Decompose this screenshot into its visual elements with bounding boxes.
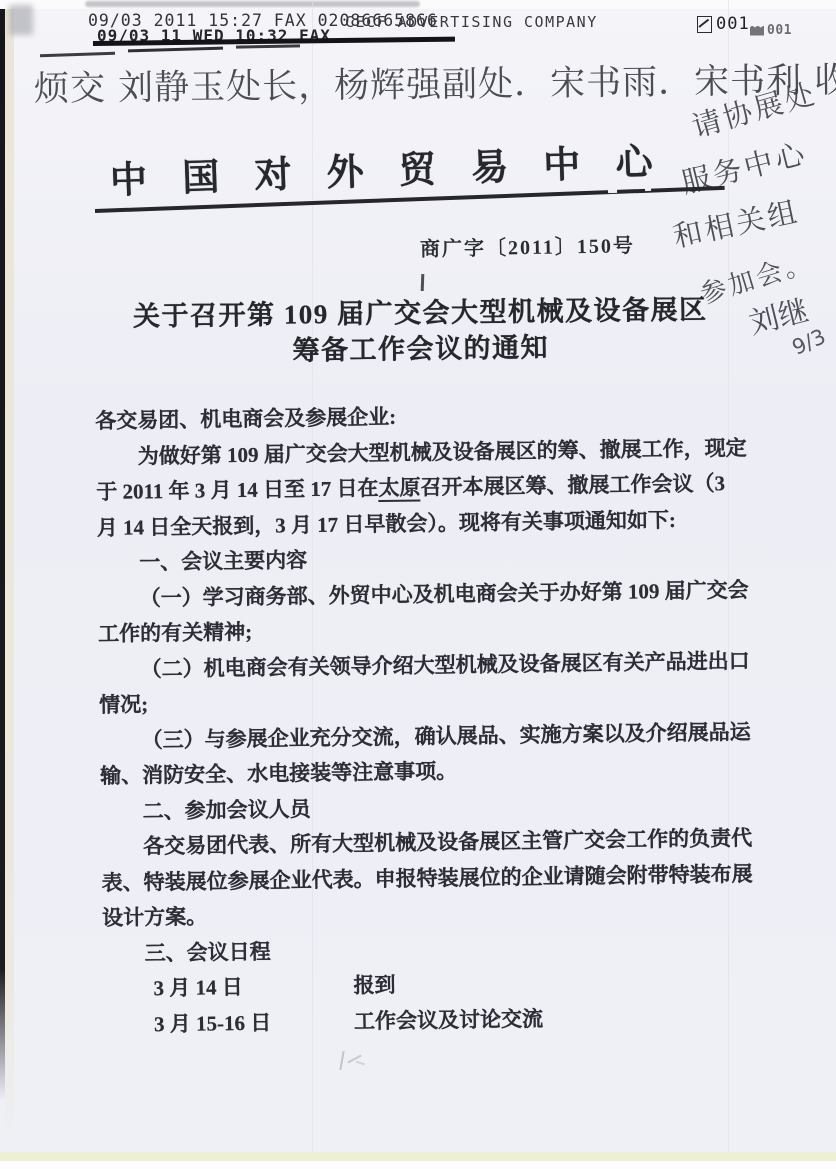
scan-stray-mark	[421, 274, 424, 291]
document-title: 关于召开第 109 届广交会大型机械及设备展区 筹备工作会议的通知	[98, 291, 744, 371]
section1-item: （三）与参展企业充分交流，确认展品、实施方案以及介绍展品运输、消防安全、水电接装…	[99, 714, 752, 794]
scan-left-cream-strip	[5, 0, 14, 1150]
fax-underline-fragment	[128, 47, 223, 53]
masthead-rule-gap	[645, 186, 651, 191]
scan-top-smudge	[85, 1, 420, 7]
pencil-stray-mark	[356, 1061, 365, 1066]
fax-page-counter: 001	[697, 14, 750, 34]
opening-paragraph: 为做好第 109 届广交会大型机械及设备展区的筹、撤展工作，现定于 2011 年…	[95, 430, 748, 546]
fax-sender-company: CECF ADVERTISING COMPANY	[345, 13, 598, 31]
fax-stamp-icon	[750, 26, 764, 36]
fax-page-counter-secondary: 001	[750, 23, 792, 38]
venue-underlined: 太原	[378, 475, 420, 502]
section2-paragraph: 各交易团代表、所有大型机械及设备展区主管广交会工作的负责代表、特装展位参展企业代…	[101, 821, 754, 937]
document-reference-number: 商广字〔2011〕150号	[420, 229, 635, 262]
schedule-date: 3 月 15-16 日	[154, 1004, 354, 1042]
scan-corner-smudge	[9, 5, 33, 35]
handwritten-recipients-note: 烦交 刘静玉处长，杨辉强副处．宋书雨．宋书利 收	[34, 55, 674, 112]
fax-page-number-secondary: 001	[767, 23, 792, 38]
schedule-activity: 报到	[353, 968, 395, 1004]
section1-item: （一）学习商务部、外贸中心及机电商会关于办好第 109 届广交会工作的有关精神;	[97, 572, 750, 652]
scan-bottom-white	[0, 1161, 836, 1169]
pencil-stray-mark	[339, 1051, 344, 1070]
fax-underline-fragment	[40, 52, 115, 58]
schedule-date: 3 月 14 日	[153, 968, 353, 1006]
document-page-icon	[697, 16, 712, 33]
document-body: 各交易团、机电商会及参展企业: 为做好第 109 届广交会大型机械及设备展区的筹…	[95, 395, 756, 1043]
masthead-rule-gap	[608, 187, 617, 192]
fax-page-number: 001	[716, 14, 750, 34]
schedule-activity: 工作会议及讨论交流	[354, 1001, 543, 1039]
fax-underline-fragment	[236, 44, 300, 48]
section1-item: （二）机电商会有关领导介绍大型机械及设备展区有关产品进出口情况;	[98, 643, 751, 723]
